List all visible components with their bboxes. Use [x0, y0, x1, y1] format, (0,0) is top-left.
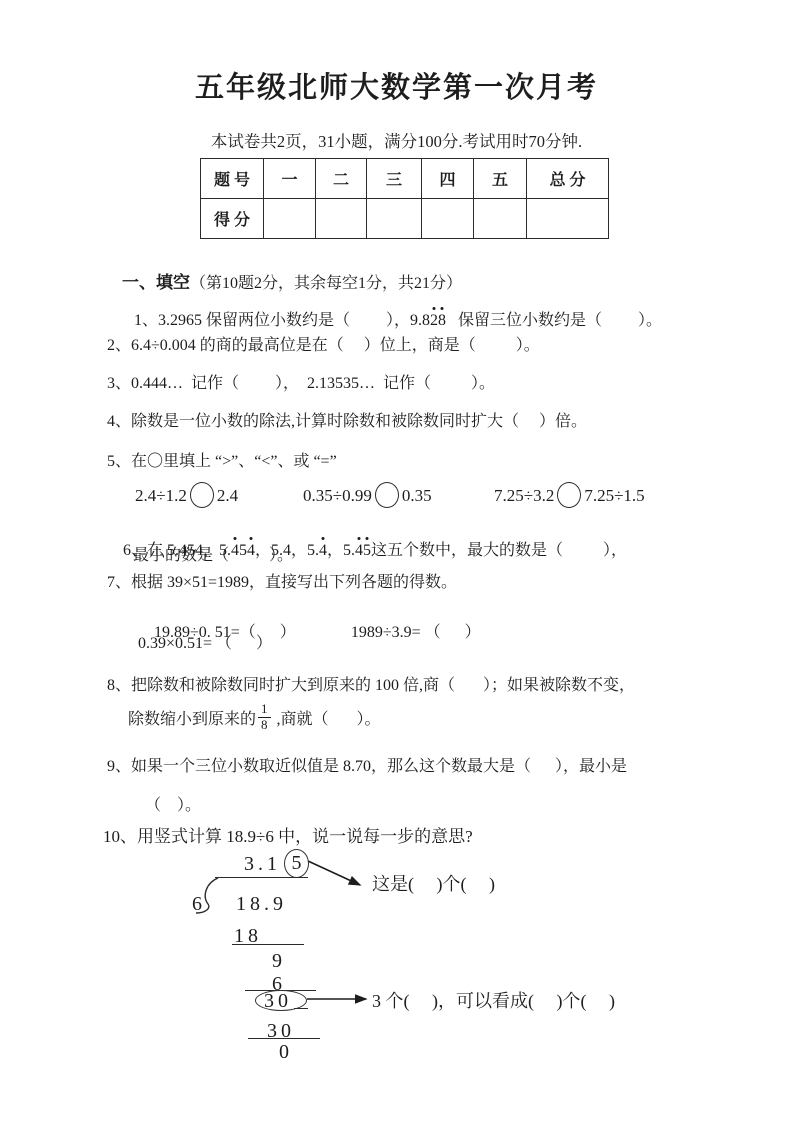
divisor: 6	[192, 893, 206, 916]
repeating-digit: 8	[438, 311, 446, 331]
score-value-cell	[367, 199, 422, 239]
score-table-score-row: 得 分	[201, 199, 609, 239]
section-1-note: （第10题2分，其余每空1分，共21分）	[190, 275, 462, 292]
question-8-line2: 除数缩小到原来的 1 8 ,商就（ ）。	[128, 701, 381, 733]
section-1-title: 一、填空	[122, 273, 190, 292]
score-table-header-cell: 五	[474, 159, 527, 199]
quotient-last-digit: 5	[292, 852, 302, 875]
score-label-cell: 得 分	[201, 199, 264, 239]
short-underscore	[294, 1008, 308, 1009]
question-10: 10、用竖式计算 18.9÷6 中，说一说每一步的意思?	[103, 826, 473, 847]
score-table-header-cell: 题 号	[201, 159, 264, 199]
repeating-digit: 4	[355, 541, 363, 561]
circled-quotient-digit: 5	[284, 849, 309, 878]
score-table-header-cell: 一	[264, 159, 316, 199]
question-4: 4、除数是一位小数的除法,计算时除数和被除数同时扩大（ ）倍。	[107, 412, 587, 432]
q8-text: 除数缩小到原来的	[128, 706, 256, 729]
question-5: 5、在〇里填上 “>”、“<”、或 “=”	[107, 452, 337, 472]
question-6-line2: 最小的数是（ ）。	[133, 546, 293, 566]
annotation-1: 这是( )个( )	[372, 870, 495, 896]
q6-text: ，5.	[327, 542, 355, 559]
repeating-digit: 2	[430, 311, 438, 331]
underline	[232, 944, 304, 945]
question-8: 8、把除数和被除数同时扩大到原来的 100 倍,商（ ）；如果被除数不变，	[107, 676, 635, 696]
comparison-item: 7.25÷3.27.25÷1.5	[494, 482, 645, 510]
fraction-numerator: 1	[258, 702, 271, 718]
comparison-item: 0.35÷0.990.35	[303, 482, 432, 510]
score-table-header-cell: 总 分	[527, 159, 609, 199]
question-7-sub2: 0.39×0.51= （ ）	[138, 634, 272, 654]
annotation-2: 3 个( )，可以看成( )个( )	[372, 987, 615, 1013]
work-line-9: 9	[272, 950, 286, 973]
comparison-right: 2.4	[217, 486, 238, 506]
long-division-figure: 3.1 5 6 18.9 18 9 6 30 30 0 这是( )个( ) 3 …	[160, 848, 720, 1083]
question-2: 2、6.4÷0.004 的商的最高位是在（ ）位上，商是（ ）。	[107, 336, 540, 356]
question-9-line2: （ ）。	[145, 796, 201, 816]
vinculum-line	[215, 877, 308, 878]
comparison-left: 2.4÷1.2	[135, 486, 187, 506]
repeating-digit: 5	[363, 541, 371, 561]
circle-blank	[557, 482, 581, 508]
comparison-right: 0.35	[402, 486, 432, 506]
q1-text: 1、3.2965 保留两位小数约是（ ），9.8	[134, 312, 430, 329]
comparison-item: 2.4÷1.22.4	[135, 482, 238, 510]
dividend: 18.9	[236, 893, 287, 916]
q6-text: 这五个数中，最大的数是（ ），	[371, 542, 627, 559]
question-3: 3、0.444… 记作（ ）， 2.13535… 记作（ ）。	[107, 374, 495, 394]
question-7: 7、根据 39×51=1989，直接写出下列各题的得数。	[107, 573, 457, 593]
underline	[248, 1038, 320, 1039]
repeating-digit: 4	[319, 541, 327, 561]
circle-blank	[375, 482, 399, 508]
exam-page: 五年级北师大数学第一次月考 本试卷共2页，31小题，满分100分.考试用时70分…	[0, 0, 793, 1122]
comparison-left: 0.35÷0.99	[303, 486, 372, 506]
exam-info: 本试卷共2页，31小题，满分100分.考试用时70分钟.	[0, 132, 793, 153]
score-table-header-row: 题 号 一 二 三 四 五 总 分	[201, 159, 609, 199]
score-value-cell	[527, 199, 609, 239]
question-9: 9、如果一个三位小数取近似值是 8.70，那么这个数最大是（ ），最小是	[107, 757, 627, 777]
score-table: 题 号 一 二 三 四 五 总 分 得 分	[200, 158, 609, 239]
score-value-cell	[474, 199, 527, 239]
score-value-cell	[264, 199, 316, 239]
fraction-denominator: 8	[261, 718, 268, 732]
score-value-cell	[422, 199, 474, 239]
question-7-sub1: 19.89÷0. 51=（ ）1989÷3.9= （ ）	[138, 603, 481, 663]
comparison-right: 7.25÷1.5	[584, 486, 644, 506]
score-table-header-cell: 二	[316, 159, 367, 199]
q1-text: 保留三位小数约是（ ）。	[446, 312, 662, 329]
q7-expr: 1989÷3.9= （ ）	[351, 624, 481, 641]
q8-text: ,商就（ ）。	[273, 706, 381, 729]
fraction-one-eighth: 1 8	[258, 702, 271, 731]
comparison-left: 7.25÷3.2	[494, 486, 554, 506]
score-table-header-cell: 三	[367, 159, 422, 199]
exam-title: 五年级北师大数学第一次月考	[0, 70, 793, 106]
score-value-cell	[316, 199, 367, 239]
quotient-digits: 3.1	[244, 853, 281, 876]
remainder-zero: 0	[279, 1041, 293, 1064]
arrow-to-annotation-1	[308, 861, 360, 885]
score-table-header-cell: 四	[422, 159, 474, 199]
circle-blank	[190, 482, 214, 508]
work-line-30b: 30	[267, 1020, 295, 1043]
